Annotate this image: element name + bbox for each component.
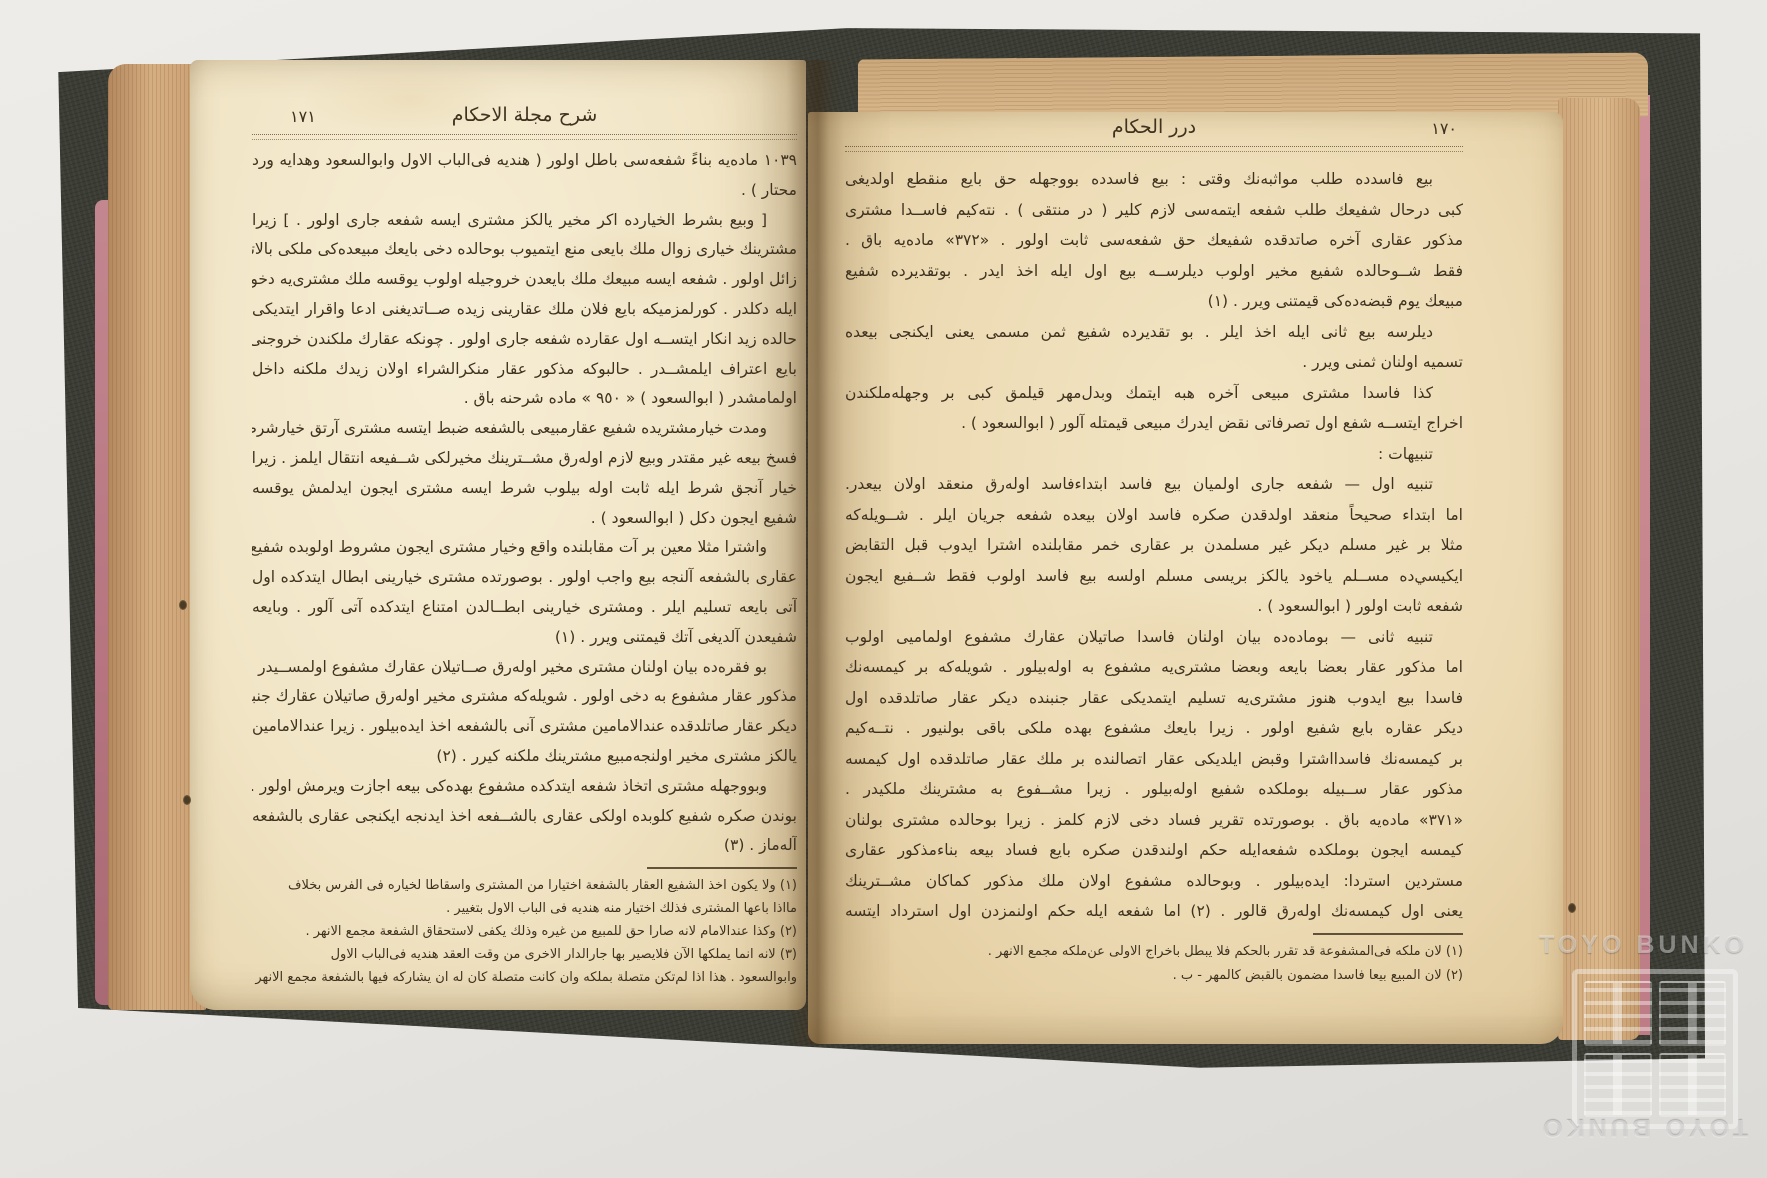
body-line: يالكز مشترى مخير اولنجه‌مبيع مشترينك ملك…: [252, 742, 797, 772]
page-hole: [179, 600, 187, 610]
body-line: تنبيهات :: [845, 439, 1463, 470]
body-line: مشترينك خيارى زوال ملك بايعى منع ايتميوب…: [252, 235, 797, 265]
body-line: شفيعدن آلديغى آتك قيمتنى ويرر . (١): [252, 623, 797, 653]
body-line: مستردين استردا: ايده‌بيلور . وبوحالده مش…: [845, 866, 1463, 897]
left-page-number: ١٧١: [290, 102, 316, 132]
footnote-line: مااذا باعها المشترى فذلك اختيار منه هندي…: [252, 897, 797, 920]
body-line: فسخ بيعه غير مقتدر وبيع لازم اوله‌رق مشـ…: [252, 444, 797, 474]
footnote-separator-left: [647, 867, 797, 869]
body-line: آتى بايعه تسليم ايلر . ومشترى خيارينى اب…: [252, 593, 797, 623]
right-running-title: درر الحكام: [1112, 116, 1196, 138]
body-line: ومدت خيارمشتريده شفيع عقارمبيعى بالشفعه …: [252, 414, 797, 444]
footnote-separator-right: [1313, 933, 1463, 935]
footnote-line: (٢) وكذا عندالامام لانه صارا حق للمبيع م…: [252, 920, 797, 943]
body-line: كذا فاسدا مشترى مبيعى آخره هبه ايتمك وبد…: [845, 378, 1463, 409]
header-rule-right: [845, 146, 1463, 152]
fore-edge-right: [1558, 98, 1640, 1040]
seal-glyph: [1584, 1053, 1652, 1118]
header-rule-left: [252, 134, 797, 140]
body-line: تنبيه اول — شفعه جارى اولميان بيع فاسد ا…: [845, 469, 1463, 500]
body-line: [ وبيع بشرط الخيارده اكر مخير يالكز مشتر…: [252, 206, 797, 236]
body-line: اما مذكور عقار بعضا بايعه وبعضا مشترى‌يه…: [845, 652, 1463, 683]
body-line: ديكر عقاره بايع شفيع اولور . زيرا بايعك …: [845, 713, 1463, 744]
body-line: بر كيمسه‌نك فاسدااشترا وقبض ايلديكى عقار…: [845, 744, 1463, 775]
body-line: زائل اولور . شفعه ايسه مبيعك ملك بايعدن …: [252, 265, 797, 295]
body-line: محتار ) .: [252, 176, 797, 206]
page-hole: [183, 795, 191, 805]
footnote-line: (٢) لان المبيع بيعا فاسدا مضمون بالقبض ك…: [845, 964, 1463, 988]
body-line: تنبيه ثانى — بوماده‌ده بيان اولنان فاسدا…: [845, 622, 1463, 653]
body-line: ديلرسه بيع ثانى ايله اخذ ايلر . بو تقدير…: [845, 317, 1463, 348]
body-line: كيمسه ايجون بوملكده شفعه‌ايله حكم اولندق…: [845, 835, 1463, 866]
body-line: واشترا مثلا معين بر آت مقابلنده واقع وخي…: [252, 533, 797, 563]
body-line: يعنى اول كيمسه‌نك اوله‌رق قالور . (٢) ام…: [845, 896, 1463, 927]
right-page-text: درر الحكام ١٧٠ بيع فاسدده طلب مواثبه‌نك …: [845, 112, 1463, 988]
left-running-title: شرح مجلة الاحكام: [452, 104, 598, 126]
body-line: شفعه ثابت اولور ( ابوالسعود ) .: [845, 591, 1463, 622]
body-line: بوندن صكره شفيع كلوبده اولكى عقارى بالشـ…: [252, 802, 797, 832]
body-line: فاسدا بيع ايدوب هنوز مشترى‌يه تسليم ايتم…: [845, 683, 1463, 714]
left-body: ١٠٣٩ ماده‌يه بناءً شفعه‌سى باطل اولور ( …: [252, 146, 797, 861]
footnote-line: وابوالسعود . هذا اذا لم‌تكن متصلة بملكه …: [252, 966, 797, 989]
body-line: فقط شــوحالده شفيع مخير اولوب ديلرســه ب…: [845, 256, 1463, 287]
body-line: مذكور عقارى آخره صاتدقده شفيعك حق شفعه‌س…: [845, 225, 1463, 256]
body-line: وبووجهله مشترى اتخاذ شفعه ايتدكده مشفوع …: [252, 772, 797, 802]
body-line: شفيع ايجون دكل ( ابوالسعود ) .: [252, 504, 797, 534]
body-line: اولمامشدر ( ابوالسعود ) « ٩٥٠ » ماده شرح…: [252, 384, 797, 414]
body-line: اخراج ايتســه شفع اول تصرفاتى نقض ايدرك …: [845, 408, 1463, 439]
body-line: ايله دكلدر . كورلمزميكه بايع فلان ملك عق…: [252, 295, 797, 325]
right-page-header: درر الحكام ١٧٠: [845, 112, 1463, 144]
left-footnotes: (١) ولا يكون اخذ الشفيع العقار بالشفعة ا…: [252, 874, 797, 989]
body-line: مذكور عقار ســبيله بوملكده شفيع اوله‌بيل…: [845, 774, 1463, 805]
footnote-line: (١) لان ملكه فى‌المشفوعة قد تقرر بالحكم …: [845, 940, 1463, 964]
body-line: اما ابتداء صحيحاً منعقد اولدقدن صكره فاس…: [845, 500, 1463, 531]
body-line: كبى درحال شفيعك طلب شفعه ايتمه‌سى لازم ك…: [845, 195, 1463, 226]
body-line: بو فقره‌ده بيان اولنان مشترى مخير اوله‌ر…: [252, 653, 797, 683]
body-line: مثلا بر غير مسلم ديكر غير مسلمدن بر عقار…: [845, 530, 1463, 561]
body-line: ايكيسي‌ده مســلم ياخود يالكز بريسى مسلم …: [845, 561, 1463, 592]
seal-glyph: [1659, 1053, 1727, 1118]
page-hole: [1568, 903, 1576, 913]
right-body: بيع فاسدده طلب مواثبه‌نك وقتى : بيع فاسد…: [845, 164, 1463, 927]
body-line: حالده زيد انكار ايتســه اول عقارده شفعه …: [252, 325, 797, 355]
body-line: ديكر عقار صاتلدقده عندالامامين مشترى آنى…: [252, 712, 797, 742]
body-line: تسميه اولنان ثمنى ويرر .: [845, 347, 1463, 378]
watermark-text-bottom: TOYO BUNKO: [1520, 1113, 1767, 1142]
body-line: خيار آنجق شرط ايله ثابت اوله بيلوب شرط ا…: [252, 474, 797, 504]
left-page-text: ١٧١ شرح مجلة الاحكام ١٠٣٩ ماده‌يه بناءً …: [252, 100, 797, 989]
body-line: «٣٧١» ماده‌يه باق . بوصورتده تقرير فساد …: [845, 805, 1463, 836]
body-line: بايع اعتراف ايلمشــدر . حالبوكه مذكور عق…: [252, 355, 797, 385]
body-line: مبيعك يوم قبضه‌ده‌كى قيمتنى ويرر . (١): [845, 286, 1463, 317]
right-page-number: ١٧٠: [1431, 114, 1457, 144]
footnote-line: (١) ولا يكون اخذ الشفيع العقار بالشفعة ا…: [252, 874, 797, 897]
right-footnotes: (١) لان ملكه فى‌المشفوعة قد تقرر بالحكم …: [845, 940, 1463, 988]
left-page-header: ١٧١ شرح مجلة الاحكام: [252, 100, 797, 132]
footnote-line: (٣) لانه انما يملكها الآن فلايصير بها جا…: [252, 943, 797, 966]
body-line: آله‌ماز . (٣): [252, 831, 797, 861]
body-line: بيع فاسدده طلب مواثبه‌نك وقتى : بيع فاسد…: [845, 164, 1463, 195]
body-line: عقارى بالشفعه آلنجه بيع واجب اولور . بوص…: [252, 563, 797, 593]
body-line: مذكور عقار مشفوع به دخى اولور . شويله‌كه…: [252, 682, 797, 712]
body-line: ١٠٣٩ ماده‌يه بناءً شفعه‌سى باطل اولور ( …: [252, 146, 797, 176]
